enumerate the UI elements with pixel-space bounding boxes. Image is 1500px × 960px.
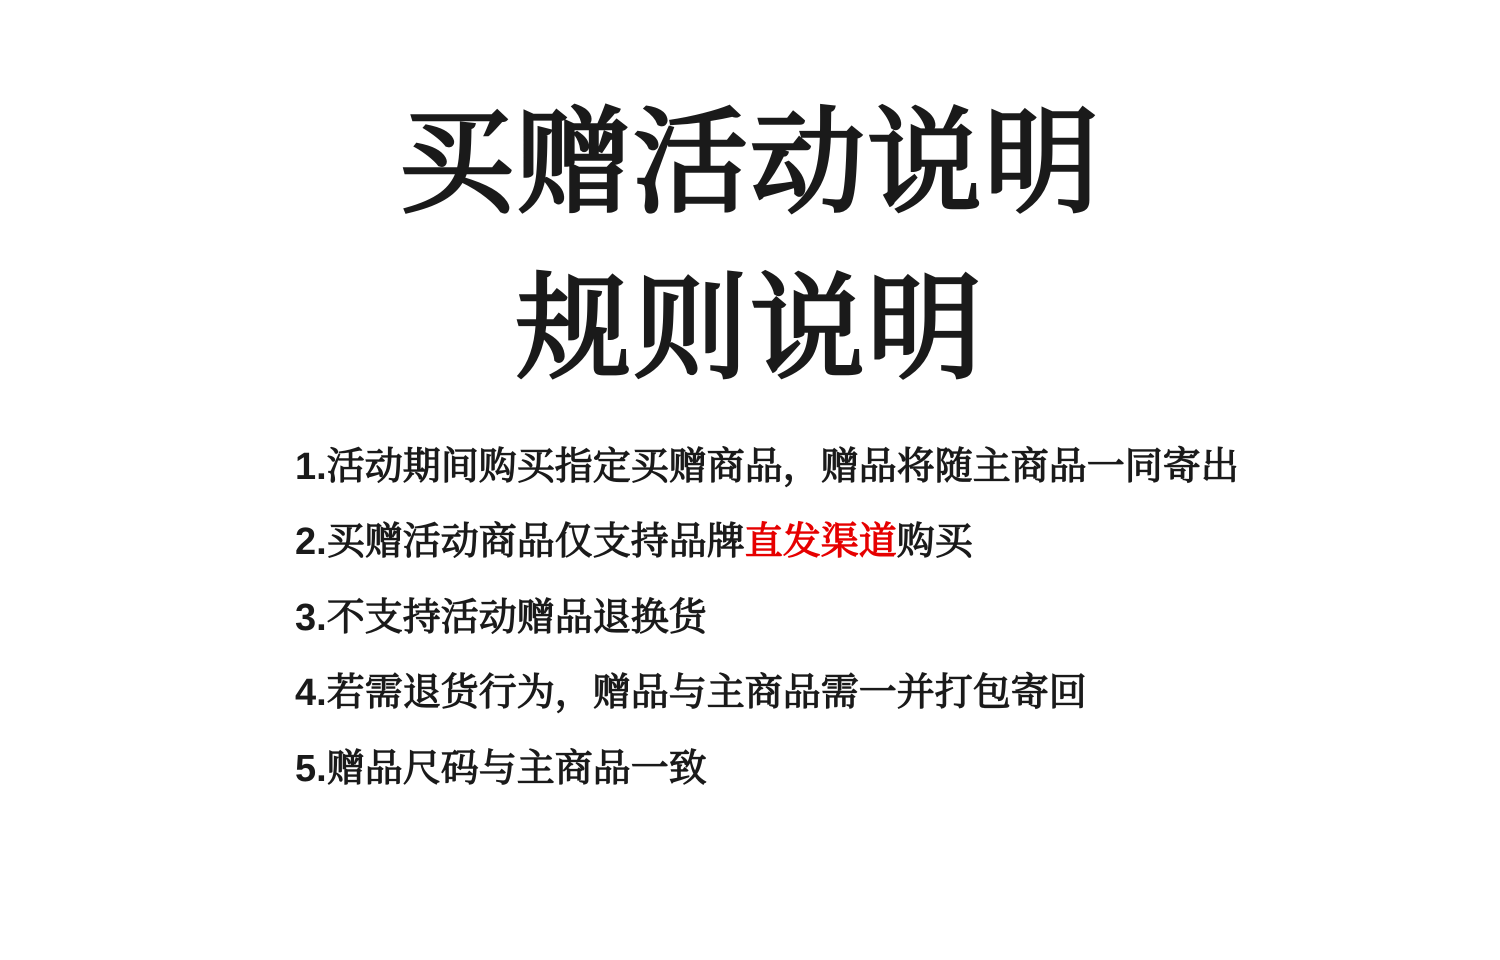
rule-2-tail: 购买 [897, 521, 973, 563]
page-title-line2: 规则说明 [0, 258, 1500, 402]
rule-2-highlight: 直发渠道 [745, 521, 897, 563]
rule-2-text: 2.买赠活动商品仅支持品牌 [295, 521, 745, 563]
rule-4-text: 4.若需退货行为，赠品与主商品需一并打包寄回 [295, 672, 1087, 714]
rule-item-3: 3.不支持活动赠品退换货 [295, 595, 1500, 643]
rule-item-4: 4.若需退货行为，赠品与主商品需一并打包寄回 [295, 670, 1500, 718]
rule-5-text: 5.赠品尺码与主商品一致 [295, 748, 707, 790]
promo-notice-page: 买赠活动说明 规则说明 1.活动期间购买指定买赠商品，赠品将随主商品一同寄出 2… [0, 0, 1500, 960]
rule-3-text: 3.不支持活动赠品退换货 [295, 597, 707, 639]
rules-list: 1.活动期间购买指定买赠商品，赠品将随主商品一同寄出 2.买赠活动商品仅支持品牌… [295, 444, 1500, 794]
rule-item-1: 1.活动期间购买指定买赠商品，赠品将随主商品一同寄出 [295, 444, 1500, 492]
rule-item-5: 5.赠品尺码与主商品一致 [295, 746, 1500, 794]
rule-1-text: 1.活动期间购买指定买赠商品，赠品将随主商品一同寄出 [295, 446, 1239, 488]
rule-item-2: 2.买赠活动商品仅支持品牌直发渠道购买 [295, 519, 1500, 567]
page-title-line1: 买赠活动说明 [0, 0, 1500, 236]
